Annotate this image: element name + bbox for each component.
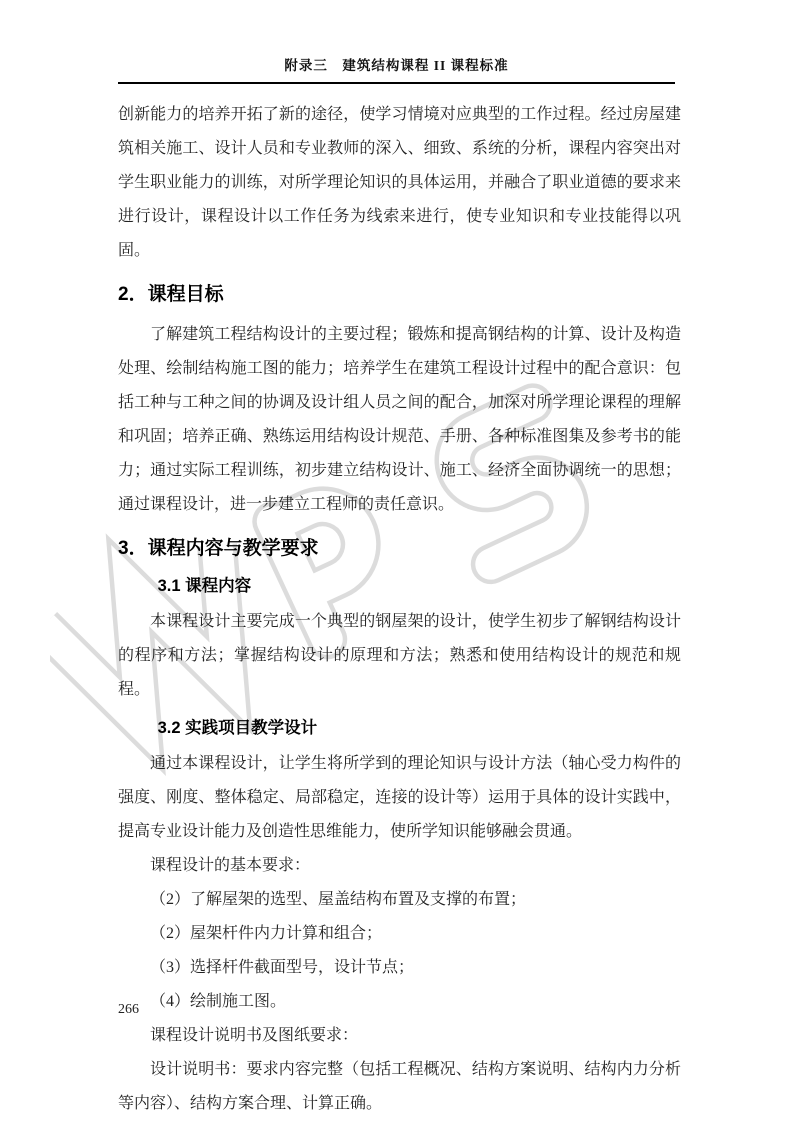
list-item: （2）了解屋架的选型、屋盖结构布置及支撑的布置； xyxy=(118,883,681,917)
document-page: 附录三 建筑结构课程 II 课程标准 创新能力的培养开拓了新的途径，使学习情境对… xyxy=(0,0,793,1122)
paragraph: 设计说明书：要求内容完整（包括工程概况、结构方案说明、结构内力分析等内容）、结构… xyxy=(118,1053,681,1121)
paragraph: 课程设计说明书及图纸要求： xyxy=(118,1019,681,1053)
section-heading: 2．课程目标 xyxy=(118,281,681,309)
paragraph: 课程设计的基本要求： xyxy=(118,849,681,883)
page-header: 附录三 建筑结构课程 II 课程标准 xyxy=(118,54,675,84)
paragraph: 了解建筑工程结构设计的主要过程；锻炼和提高钢结构的计算、设计及构造处理、绘制结构… xyxy=(118,318,681,522)
list-item: （4）绘制施工图。 xyxy=(118,985,681,1019)
section-heading: 3．课程内容与教学要求 xyxy=(118,535,681,563)
paragraph: 通过本课程设计，让学生将所学到的理论知识与设计方法（轴心受力构件的强度、刚度、整… xyxy=(118,747,681,849)
header-title: 附录三 建筑结构课程 II 课程标准 xyxy=(284,58,508,73)
paragraph: 本课程设计主要完成一个典型的钢屋架的设计，使学生初步了解钢结构设计的程序和方法；… xyxy=(118,605,681,707)
page-number: 266 xyxy=(118,1002,139,1018)
list-item: （2）屋架杆件内力计算和组合； xyxy=(118,917,681,951)
subsection-heading: 3.2 实践项目教学设计 xyxy=(118,714,681,742)
subsection-heading: 3.1 课程内容 xyxy=(118,572,681,600)
list-item: （3）选择杆件截面型号，设计节点； xyxy=(118,951,681,985)
document-body: 创新能力的培养开拓了新的途径，使学习情境对应典型的工作过程。经过房屋建筑相关施工… xyxy=(118,98,681,1121)
paragraph: 创新能力的培养开拓了新的途径，使学习情境对应典型的工作过程。经过房屋建筑相关施工… xyxy=(118,98,681,268)
